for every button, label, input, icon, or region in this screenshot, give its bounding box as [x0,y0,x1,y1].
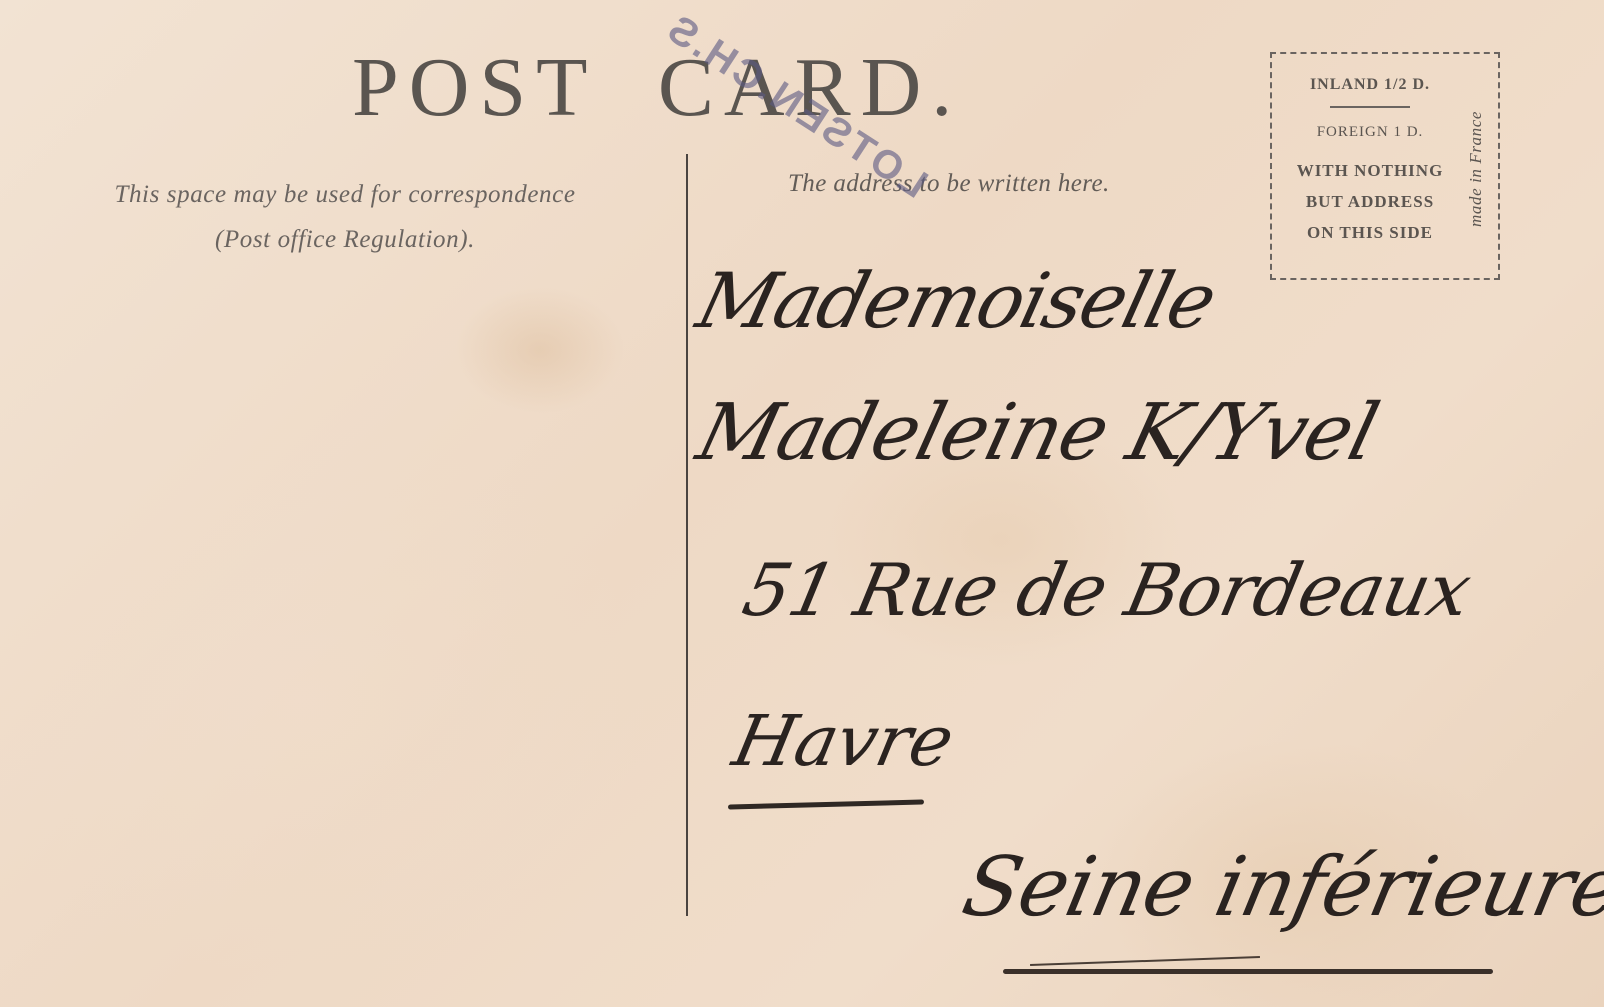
address-line-city: Havre [726,700,961,782]
address-line-department: Seine inférieure [955,840,1604,935]
address-instruction: The address to be written here. [788,170,1110,198]
stamp-placeholder-box: INLAND 1/2 D. FOREIGN 1 D. WITH NOTHING … [1270,52,1500,280]
address-line-street: 51 Rue de Bordeaux [736,548,1477,632]
foreign-rate: FOREIGN 1 D. [1272,124,1468,141]
made-in-france-label: made in France [1466,84,1488,254]
correspondence-note-line1: This space may be used for correspondenc… [20,172,670,217]
postcard-title: POST CARD. [352,46,962,130]
postage-rates: INLAND 1/2 D. FOREIGN 1 D. WITH NOTHING … [1272,76,1468,248]
department-underline-stroke [1030,956,1260,966]
correspondence-note-line2: (Post office Regulation). [20,217,670,262]
stamp-rule-line1: WITH NOTHING [1272,155,1468,186]
postcard-back: POST CARD. This space may be used for co… [0,0,1604,1007]
center-divider-line [686,154,688,916]
rate-separator [1330,106,1410,108]
address-line-salutation: Mademoiselle [689,256,1224,345]
inland-rate: INLAND 1/2 D. [1272,76,1468,94]
department-underline [1003,969,1493,974]
correspondence-note: This space may be used for correspondenc… [20,172,670,262]
stamp-rule-line3: ON THIS SIDE [1272,217,1468,248]
city-underline [728,799,924,809]
address-line-name: Madeleine K/Yvel [689,388,1386,478]
stamp-rule-line2: BUT ADDRESS [1272,186,1468,217]
